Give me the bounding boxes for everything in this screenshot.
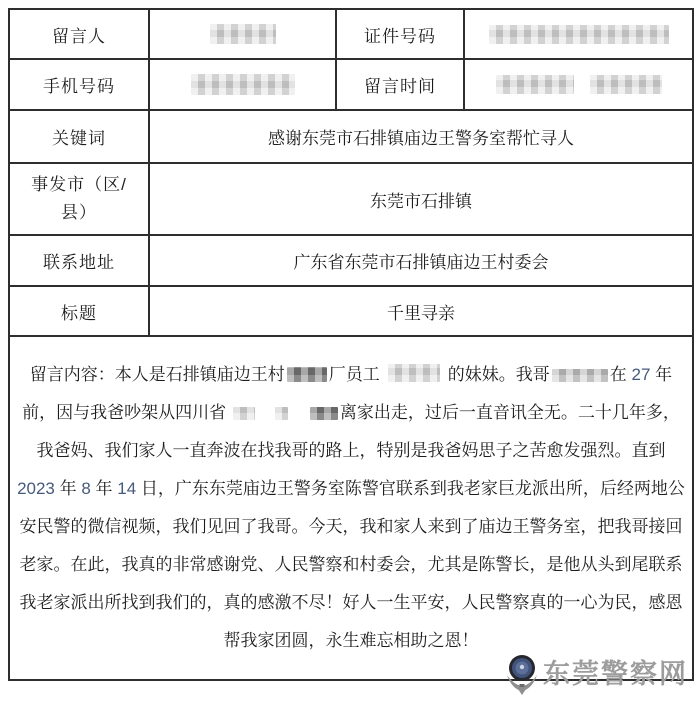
incident-city-label: 事发市（区/ 县） [9, 163, 149, 235]
messenger-label: 留言人 [9, 9, 149, 59]
incident-city-value: 东莞市石排镇 [149, 163, 693, 235]
title-value: 千里寻亲 [149, 286, 693, 336]
row-phone-time: 手机号码 留言时间 [9, 59, 693, 110]
incident-city-label-line2: 县） [61, 203, 97, 222]
keywords-label: 关键词 [9, 110, 149, 163]
messenger-redaction [156, 24, 329, 44]
row-keywords: 关键词 感谢东莞市石排镇庙边王警务室帮忙寻人 [9, 110, 693, 163]
phone-value-redacted [149, 59, 336, 110]
message-time-redaction [471, 75, 686, 94]
message-content: 留言内容：本人是石排镇庙边王村厂员工的妹妹。我哥在 27 年前，因与我爸吵架从四… [9, 336, 693, 680]
row-title: 标题 千里寻亲 [9, 286, 693, 336]
row-content: 留言内容：本人是石排镇庙边王村厂员工的妹妹。我哥在 27 年前，因与我爸吵架从四… [9, 336, 693, 680]
id-number-redaction [471, 25, 686, 44]
row-messenger-id: 留言人 证件号码 [9, 9, 693, 59]
form-table: 留言人 证件号码 手机号码 留言时间 关键词 感谢东莞市石排镇庙边王警务室帮忙寻… [8, 8, 694, 681]
contact-address-value: 广东省东莞市石排镇庙边王村委会 [149, 235, 693, 286]
phone-redaction [156, 74, 329, 95]
phone-label: 手机号码 [9, 59, 149, 110]
message-time-value-redacted [464, 59, 693, 110]
messenger-value-redacted [149, 9, 336, 59]
id-number-label: 证件号码 [336, 9, 464, 59]
row-contact-address: 联系地址 广东省东莞市石排镇庙边王村委会 [9, 235, 693, 286]
row-incident-city: 事发市（区/ 县） 东莞市石排镇 [9, 163, 693, 235]
title-label: 标题 [9, 286, 149, 336]
message-time-label: 留言时间 [336, 59, 464, 110]
keywords-value: 感谢东莞市石排镇庙边王警务室帮忙寻人 [149, 110, 693, 163]
contact-address-label: 联系地址 [9, 235, 149, 286]
id-number-value-redacted [464, 9, 693, 59]
page: 留言人 证件号码 手机号码 留言时间 关键词 感谢东莞市石排镇庙边王警务室帮忙寻… [0, 0, 700, 701]
incident-city-label-line1: 事发市（区/ [31, 175, 127, 194]
